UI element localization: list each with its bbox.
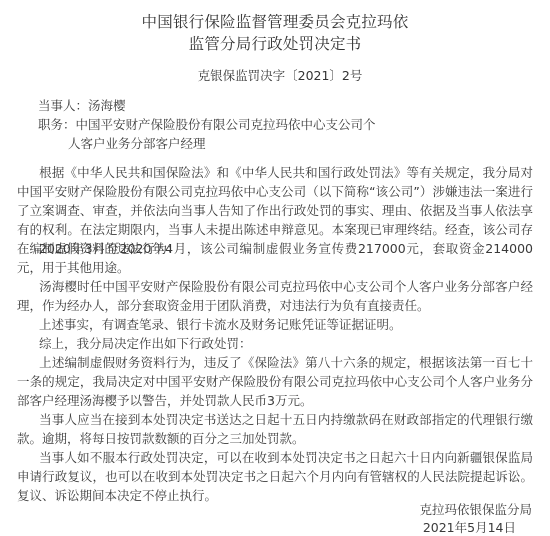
paragraph-text: 2020年3月至2020年4月，该公司编制虚假业务宣传费217000元，套取资金… (17, 241, 533, 275)
party-position-line-2: 人客户业务分部客户经理 (68, 135, 206, 153)
party-name: 当事人：汤海樱 (38, 97, 126, 115)
penalty-decision-document: 中国银行保险监督管理委员会克拉玛依 监管分局行政处罚决定书 克银保监罚决字〔20… (0, 0, 550, 536)
paragraph-text: 汤海樱时任中国平安财产保险股份有限公司克拉玛依中心支公司个人客户业务分部客户经理… (17, 279, 533, 313)
paragraph-text: 上述事实，有调查笔录、银行卡流水及财务记账凭证等证据证明。 (39, 317, 402, 332)
paragraph-appeal-rights: 当事人如不服本行政处罚决定，可以在收到本处罚决定书之日起六十日内向新疆银保监局申… (17, 448, 533, 505)
paragraph-penalty: 上述编制虚假财务资料行为，违反了《保险法》第八十六条的规定，根据该法第一百七十一… (17, 353, 533, 410)
paragraph-text: 上述编制虚假财务资料行为，违反了《保险法》第八十六条的规定，根据该法第一百七十一… (17, 355, 533, 408)
paragraph-text: 当事人如不服本行政处罚决定，可以在收到本处罚决定书之日起六十日内向新疆银保监局申… (17, 450, 533, 503)
paragraph-responsibility: 汤海樱时任中国平安财产保险股份有限公司克拉玛依中心支公司个人客户业务分部客户经理… (17, 277, 533, 315)
document-title-line-1: 中国银行保险监督管理委员会克拉玛依 (0, 11, 550, 33)
issuing-authority: 克拉玛依银保监分局 (419, 500, 532, 518)
issue-date: 2021年5月14日 (423, 518, 516, 536)
paragraph-text: 当事人应当在接到本处罚决定书送达之日起十五日内持缴款码在财政部指定的代理银行缴款… (17, 412, 533, 446)
party-position-line-1: 职务：中国平安财产保险股份有限公司克拉玛依中心支公司个 (38, 116, 376, 134)
paragraph-decision-intro: 综上，我分局决定作出如下行政处罚： (17, 334, 533, 353)
paragraph-text: 综上，我分局决定作出如下行政处罚： (39, 336, 252, 351)
paragraph-evidence: 上述事实，有调查笔录、银行卡流水及财务记账凭证等证据证明。 (17, 315, 533, 334)
paragraph-violation-facts: 2020年3月至2020年4月，该公司编制虚假业务宣传费217000元，套取资金… (17, 239, 533, 277)
document-number: 克银保监罚决字〔2021〕2号 (0, 66, 550, 84)
document-title-line-2: 监管分局行政处罚决定书 (0, 33, 550, 55)
paragraph-payment: 当事人应当在接到本处罚决定书送达之日起十五日内持缴款码在财政部指定的代理银行缴款… (17, 410, 533, 448)
